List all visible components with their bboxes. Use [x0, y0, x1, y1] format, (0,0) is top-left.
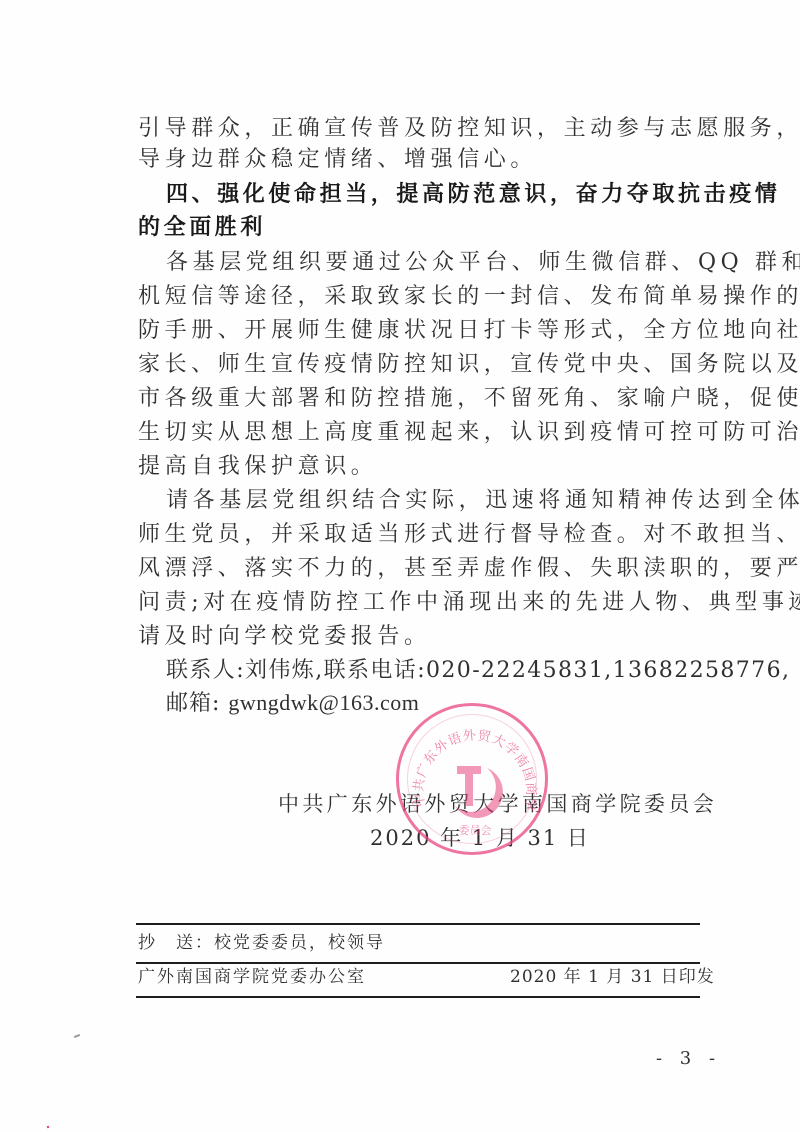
paragraph-line: 师生党员，并采取适当形式进行督导检查。对不敢担当、作	[138, 520, 708, 550]
signing-date: 2020 年 1 月 31 日	[370, 822, 590, 852]
body-text-line: 导身边群众稳定情绪、增强信心。	[138, 145, 708, 175]
paragraph-line: 提高自我保护意识。	[138, 452, 708, 482]
paragraph-line: 各基层党组织要通过公众平台、师生微信群、QQ 群和手	[166, 248, 736, 278]
signing-organization: 中共广东外语外贸大学南国商学院委员会	[278, 788, 717, 818]
paragraph-line: 问责;对在疫情防控工作中涌现出来的先进人物、典型事迹，	[138, 588, 708, 618]
paragraph-line: 防手册、开展师生健康状况日打卡等形式，全方位地向社会、	[138, 316, 708, 346]
footer-rule-bottom	[136, 996, 700, 998]
contact-line: 联系人:刘伟炼,联系电话:020-22245831,13682258776,	[166, 656, 736, 686]
scan-speck	[47, 1126, 50, 1129]
cc-recipients: 校党委委员，校领导	[214, 933, 385, 953]
section-heading: 四、强化使命担当，提高防范意识，奋力夺取抗击疫情	[166, 180, 736, 210]
paragraph-line: 机短信等途径，采取致家长的一封信、发布简单易操作的预	[138, 282, 708, 312]
body-text-line: 引导群众，正确宣传普及防控知识，主动参与志愿服务，引	[138, 114, 708, 144]
paragraph-line: 请各基层党组织结合实际，迅速将通知精神传达到全体	[166, 486, 736, 516]
page-number: - 3 -	[656, 1048, 721, 1069]
email-line: 邮箱: gwngdwk@163.com	[166, 688, 736, 719]
email-address: gwngdwk@163.com	[228, 690, 419, 715]
section-heading-cont: 的全面胜利	[138, 213, 708, 243]
paragraph-line: 风漂浮、落实不力的，甚至弄虚作假、失职渎职的，要严肃	[138, 554, 708, 584]
paragraph-line: 请及时向学校党委报告。	[138, 622, 708, 652]
issue-date: 2020 年 1 月 31 日印发	[510, 966, 715, 988]
cc-label: 抄 送：	[138, 933, 214, 953]
paragraph-line: 家长、师生宣传疫情防控知识，宣传党中央、国务院以及省	[138, 350, 708, 380]
document-page: 引导群众，正确宣传普及防控知识，主动参与志愿服务，引 导身边群众稳定情绪、增强信…	[0, 0, 800, 1132]
footer-rule-middle	[136, 962, 700, 964]
cc-line: 抄 送：校党委委员，校领导	[138, 932, 385, 954]
paragraph-line: 生切实从思想上高度重视起来，认识到疫情可控可防可治疗，	[138, 418, 708, 448]
scan-speck	[74, 1034, 80, 1038]
footer-rule-top	[136, 923, 700, 925]
issuing-office: 广外南国商学院党委办公室	[138, 966, 366, 988]
email-label: 邮箱:	[166, 691, 228, 716]
paragraph-line: 市各级重大部署和防控措施，不留死角、家喻户晓，促使师	[138, 384, 708, 414]
